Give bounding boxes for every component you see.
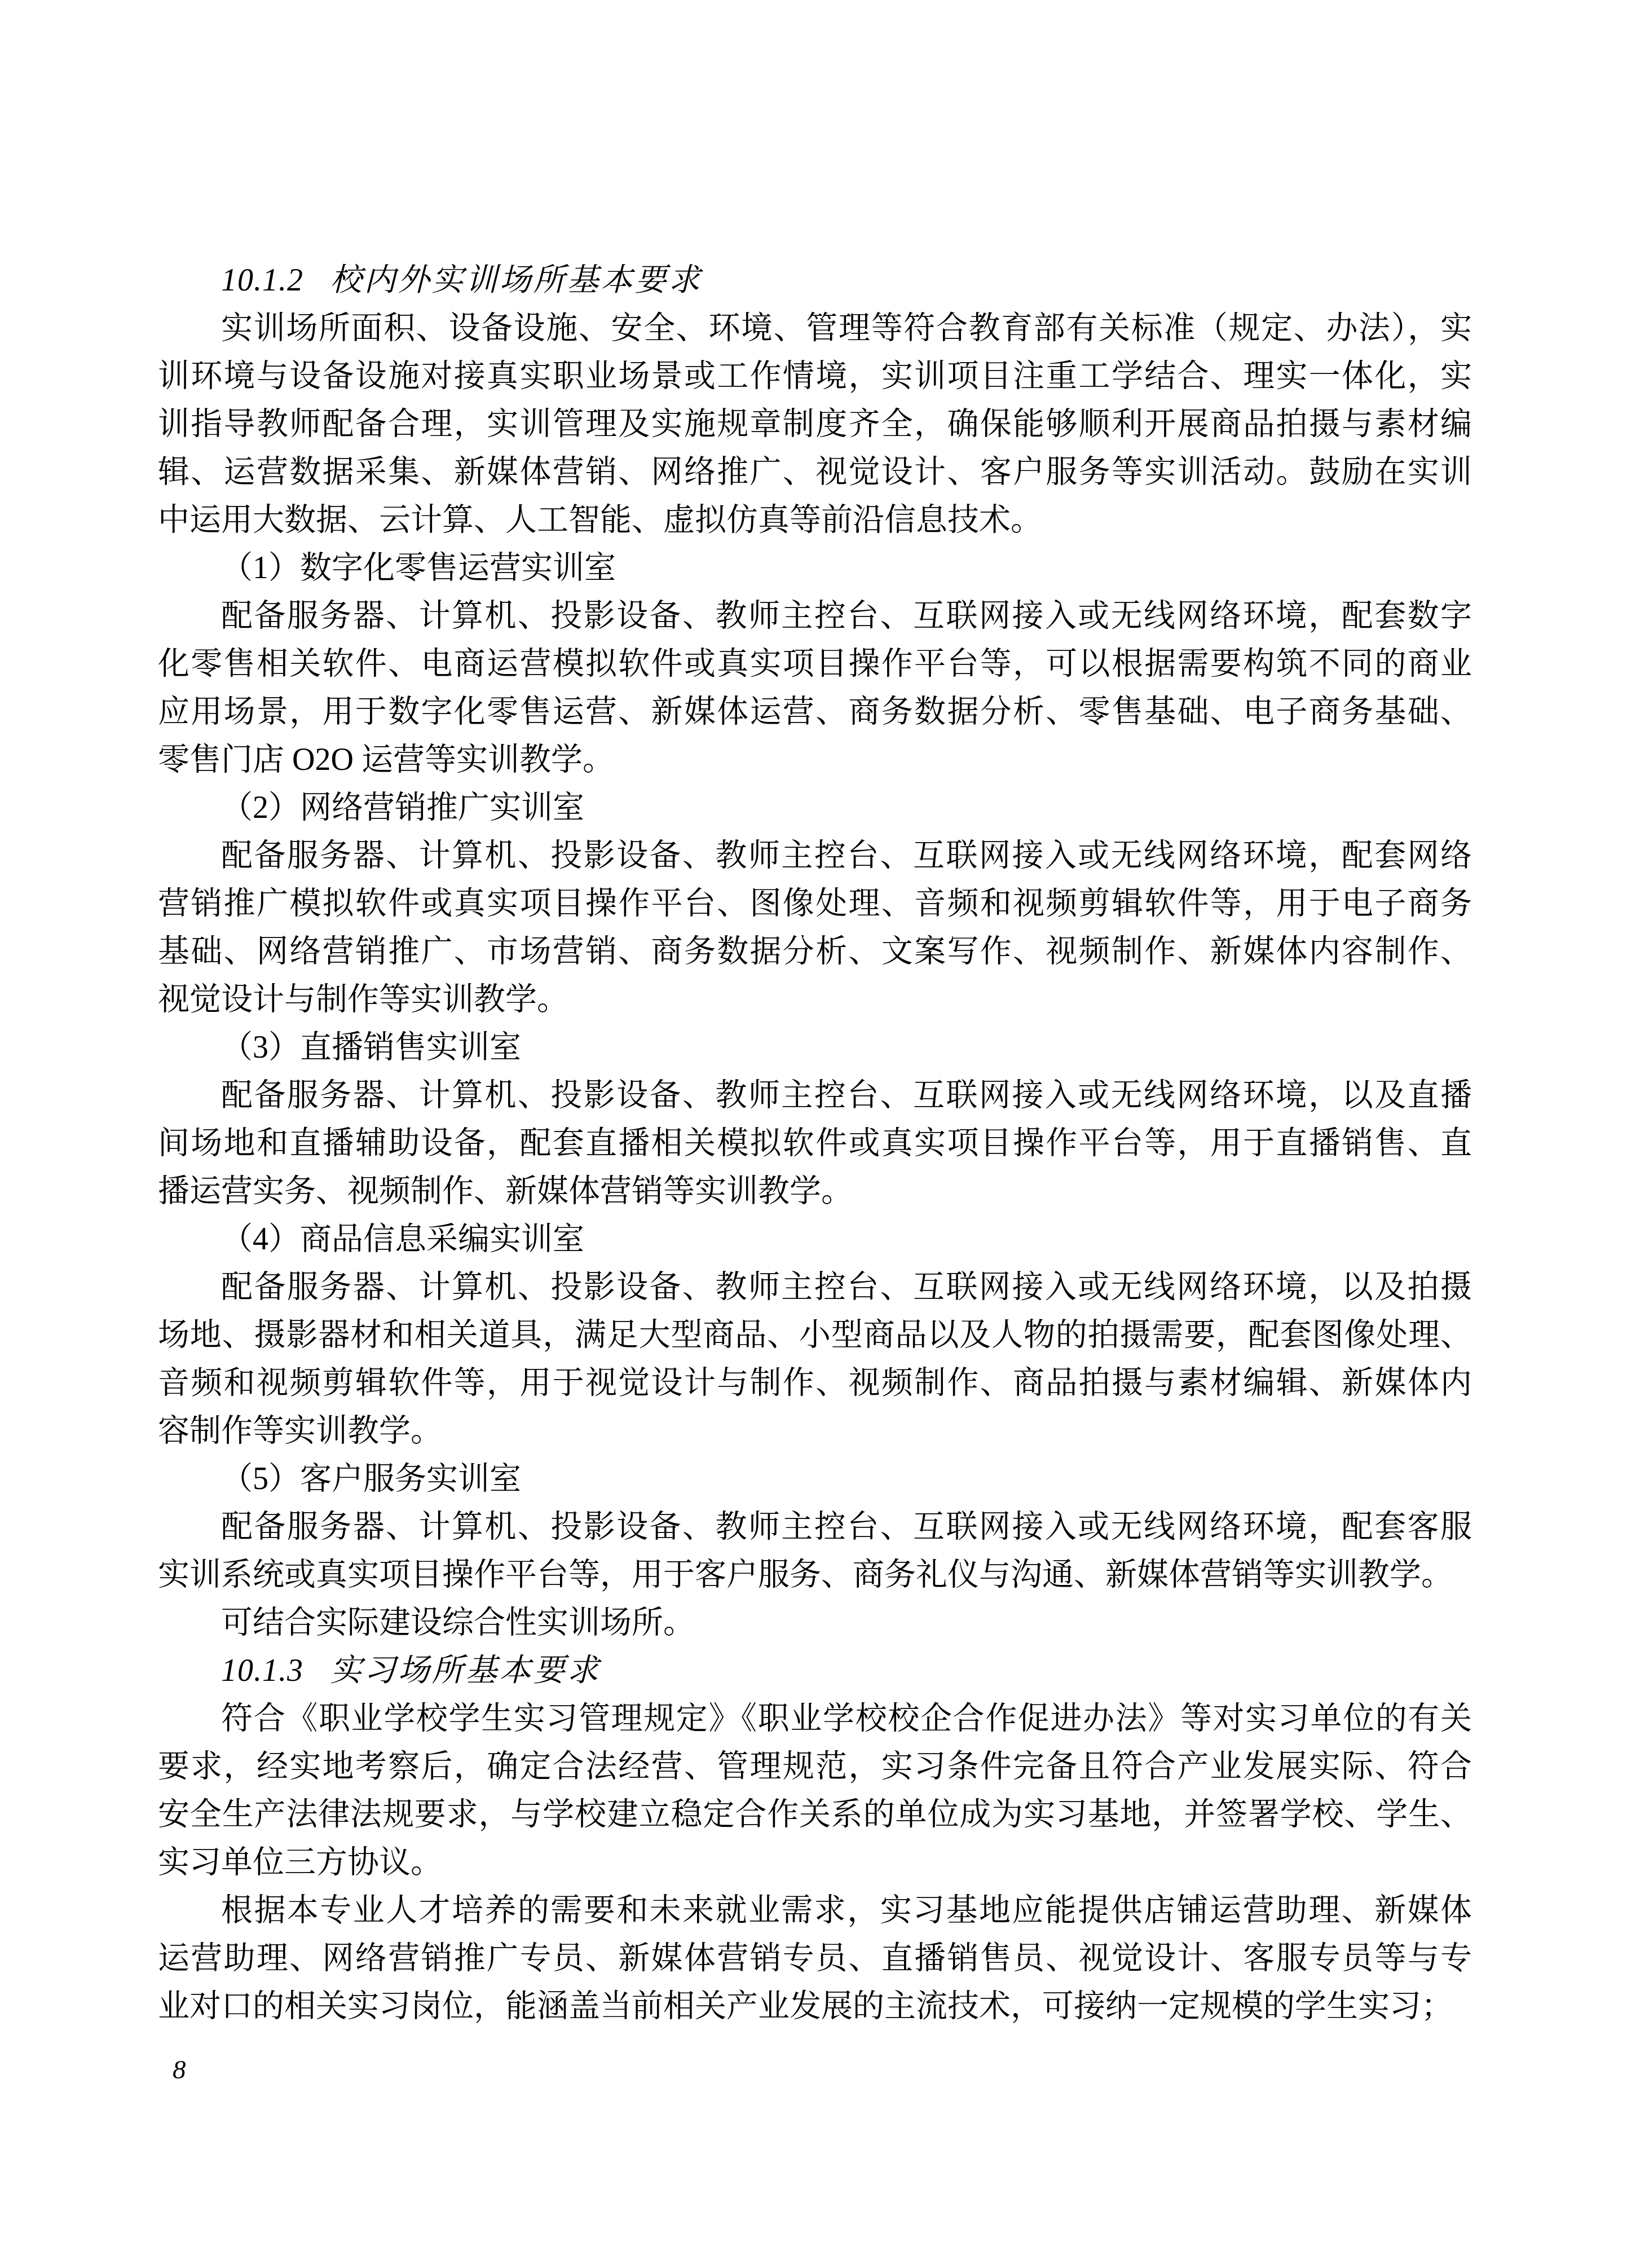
section-heading-10-1-3: 10.1.3实习场所基本要求	[158, 1647, 1472, 1695]
para-room-3-line-3: 播运营实务、视频制作、新媒体营销等实训教学。	[158, 1168, 1472, 1216]
para-room-5-line-1: 配备服务器、计算机、投影设备、教师主控台、互联网接入或无线网络环境，配套客服	[158, 1503, 1472, 1551]
para-room-1-line-4: 零售门店 O2O 运营等实训教学。	[158, 736, 1472, 784]
para-room-4-line-2: 场地、摄影器材和相关道具，满足大型商品、小型商品以及人物的拍摄需要，配套图像处理…	[158, 1311, 1472, 1359]
heading-title: 实习场所基本要求	[330, 1653, 601, 1688]
para-room-1-line-1: 配备服务器、计算机、投影设备、教师主控台、互联网接入或无线网络环境，配套数字	[158, 592, 1472, 640]
para-internship-positions-line-2: 运营助理、网络营销推广专员、新媒体营销专员、直播销售员、视觉设计、客服专员等与专	[158, 1935, 1472, 1983]
page-number: 8	[173, 2053, 186, 2087]
heading-number: 10.1.2	[221, 263, 303, 298]
subheading-room-3-line-1: （3）直播销售实训室	[158, 1024, 1472, 1072]
para-room-1-line-2: 化零售相关软件、电商运营模拟软件或真实项目操作平台等，可以根据需要构筑不同的商业	[158, 640, 1472, 688]
para-room-2-line-1: 配备服务器、计算机、投影设备、教师主控台、互联网接入或无线网络环境，配套网络	[158, 832, 1472, 880]
para-training-overview-line-2: 训环境与设备设施对接真实职业场景或工作情境，实训项目注重工学结合、理实一体化，实	[158, 353, 1472, 400]
subheading-room-1-line-1: （1）数字化零售运营实训室	[158, 544, 1472, 592]
para-training-overview-line-1: 实训场所面积、设备设施、安全、环境、管理等符合教育部有关标准（规定、办法），实	[158, 305, 1472, 353]
para-training-overview-line-5: 中运用大数据、云计算、人工智能、虚拟仿真等前沿信息技术。	[158, 496, 1472, 544]
para-internship-requirements-line-4: 实习单位三方协议。	[158, 1839, 1472, 1887]
para-training-overview-line-3: 训指导教师配备合理，实训管理及实施规章制度齐全，确保能够顺利开展商品拍摄与素材编	[158, 400, 1472, 448]
para-room-2-line-2: 营销推广模拟软件或真实项目操作平台、图像处理、音频和视频剪辑软件等，用于电子商务	[158, 880, 1472, 928]
para-internship-requirements-line-2: 要求，经实地考察后，确定合法经营、管理规范，实习条件完备且符合产业发展实际、符合	[158, 1743, 1472, 1791]
para-training-overview-line-4: 辑、运营数据采集、新媒体营销、网络推广、视觉设计、客户服务等实训活动。鼓励在实训	[158, 448, 1472, 496]
para-room-1-line-3: 应用场景，用于数字化零售运营、新媒体运营、商务数据分析、零售基础、电子商务基础、	[158, 688, 1472, 736]
para-internship-positions-line-3: 业对口的相关实习岗位，能涵盖当前相关产业发展的主流技术，可接纳一定规模的学生实习…	[158, 1983, 1472, 2031]
subheading-room-5-line-1: （5）客户服务实训室	[158, 1455, 1472, 1503]
para-room-3-line-2: 间场地和直播辅助设备，配套直播相关模拟软件或真实项目操作平台等，用于直播销售、直	[158, 1120, 1472, 1168]
document-page: 10.1.2校内外实训场所基本要求实训场所面积、设备设施、安全、环境、管理等符合…	[158, 257, 1472, 2031]
section-heading-10-1-2: 10.1.2校内外实训场所基本要求	[158, 257, 1472, 305]
subheading-room-2-line-1: （2）网络营销推广实训室	[158, 784, 1472, 832]
para-room-2-line-4: 视觉设计与制作等实训教学。	[158, 976, 1472, 1024]
para-room-5-line-2: 实训系统或真实项目操作平台等，用于客户服务、商务礼仪与沟通、新媒体营销等实训教学…	[158, 1551, 1472, 1599]
para-room-4-line-3: 音频和视频剪辑软件等，用于视觉设计与制作、视频制作、商品拍摄与素材编辑、新媒体内	[158, 1359, 1472, 1407]
para-comprehensive-note-line-1: 可结合实际建设综合性实训场所。	[158, 1599, 1472, 1647]
heading-number: 10.1.3	[221, 1653, 303, 1688]
para-room-4-line-4: 容制作等实训教学。	[158, 1407, 1472, 1455]
para-internship-requirements-line-3: 安全生产法律法规要求，与学校建立稳定合作关系的单位成为实习基地，并签署学校、学生…	[158, 1791, 1472, 1839]
para-room-4-line-1: 配备服务器、计算机、投影设备、教师主控台、互联网接入或无线网络环境，以及拍摄	[158, 1263, 1472, 1311]
heading-title: 校内外实训场所基本要求	[330, 263, 703, 298]
para-internship-requirements-line-1: 符合《职业学校学生实习管理规定》《职业学校校企合作促进办法》等对实习单位的有关	[158, 1695, 1472, 1743]
para-room-3-line-1: 配备服务器、计算机、投影设备、教师主控台、互联网接入或无线网络环境，以及直播	[158, 1072, 1472, 1120]
subheading-room-4-line-1: （4）商品信息采编实训室	[158, 1216, 1472, 1263]
para-internship-positions-line-1: 根据本专业人才培养的需要和未来就业需求，实习基地应能提供店铺运营助理、新媒体	[158, 1887, 1472, 1935]
para-room-2-line-3: 基础、网络营销推广、市场营销、商务数据分析、文案写作、视频制作、新媒体内容制作、	[158, 928, 1472, 976]
